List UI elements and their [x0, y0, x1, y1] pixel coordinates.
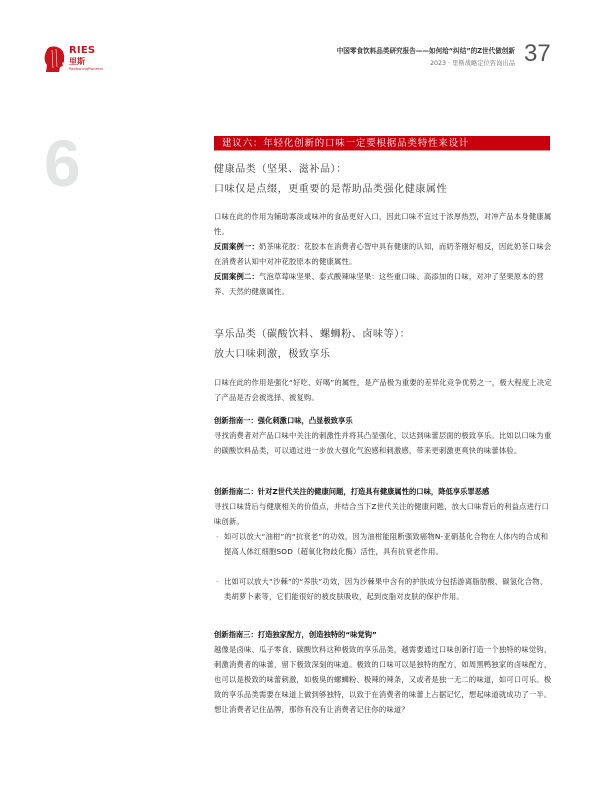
brand-name-en: RIES	[69, 46, 95, 56]
counter-example-1-text: 奶茶味花胶：花胶本在消费者心智中具有健康的认知，而奶茶刚好相反，因此奶茶口味会在…	[214, 242, 551, 266]
bullet-dot-icon: ·	[216, 574, 219, 589]
banner-text: 建议六：年轻化创新的口味一定要根据品类特性来设计	[222, 137, 469, 150]
bullet-text: 如可以放大“油柑”的“抗衰老”的功效，因为油柑能阻断强致癌物N-亚硝基化合物在人…	[224, 532, 548, 556]
health-intro: 口味在此的作用为辅助寡淡或味冲的食品更好入口，因此口味不宜过于浓厚热烈，对冲产品…	[214, 209, 554, 239]
brand-name-cn: 里斯	[69, 57, 85, 66]
counter-example-2: 反面案例二：气泡草莓味坚果、泰式酸辣味坚果：这些重口味、高添加的口味，对冲了坚果…	[214, 269, 554, 299]
brand-tagline: PositioningPioneers	[69, 67, 103, 71]
pleasure-category-title: 享乐品类（碳酸饮料、螺蛳粉、卤味等）：	[214, 328, 410, 341]
guide-2-heading: 创新指南二：针对Z世代关注的健康问题，打造具有健康属性的口味，降低享乐罪恶感	[214, 484, 489, 499]
bullet-dot-icon: ·	[216, 529, 219, 544]
guide-2-text: 寻找口味背后与健康相关的价值点，并结合当下Z世代关注的健康问题，放大口味背后的利…	[214, 499, 554, 529]
counter-example-2-label: 反面案例二：	[214, 272, 259, 281]
pleasure-intro: 口味在此的作用是强化“好吃、好喝”的属性，是产品极为重要的差异化竞争优势之一，极…	[214, 375, 554, 405]
bullet-text: 比如可以放大“沙棘”的“养肤”功效，因为沙棘果中含有的护肤成分包括游离脂肪酸、碳…	[224, 577, 547, 601]
guide-2-bullet-2: · 比如可以放大“沙棘”的“养肤”功效，因为沙棘果中含有的护肤成分包括游离脂肪酸…	[214, 574, 554, 604]
ries-logo: RIES 里斯 PositioningPioneers	[44, 44, 114, 74]
pleasure-category-subtitle: 放大口味刺激，极致享乐	[214, 348, 331, 361]
counter-example-2-text: 气泡草莓味坚果、泰式酸辣味坚果：这些重口味、高添加的口味，对冲了坚果原本的营养、…	[214, 272, 544, 296]
report-title: 中国零食饮料品类研究报告——如何给“纠结”的Z世代做创新	[337, 45, 515, 55]
guide-1-text: 寻找消费者对产品口味中关注的刺激性并将其凸显强化，以达到味蕾层面的极致享乐。比如…	[214, 428, 554, 458]
section-banner: 建议六：年轻化创新的口味一定要根据品类特性来设计	[214, 136, 550, 151]
counter-example-1-label: 反面案例一：	[214, 242, 259, 251]
head-silhouette-icon	[44, 46, 66, 72]
counter-example-1: 反面案例一：奶茶味花胶：花胶本在消费者心智中具有健康的认知，而奶茶刚好相反，因此…	[214, 239, 554, 269]
guide-1-heading: 创新指南一：强化刺激口味，凸显极致享乐	[214, 413, 353, 428]
section-number: 6	[44, 130, 81, 196]
report-subtitle: 2023 · 里斯战略定位咨询出品	[430, 58, 515, 67]
page-number: 37	[524, 40, 551, 68]
health-category-subtitle: 口味仅是点缀，更重要的是帮助品类强化健康属性	[214, 183, 447, 196]
guide-3-heading: 创新指南三：打造独家配方，创造独特的“味觉钩”	[214, 627, 377, 642]
health-category-title: 健康品类（坚果、滋补品）：	[214, 163, 347, 176]
guide-2-bullet-1: · 如可以放大“油柑”的“抗衰老”的功效，因为油柑能阻断强致癌物N-亚硝基化合物…	[214, 529, 554, 559]
guide-3-text: 越像是卤味、瓜子零食、碳酸饮料这种极致的享乐品类，越需要通过口味创新打造一个独特…	[214, 642, 554, 717]
